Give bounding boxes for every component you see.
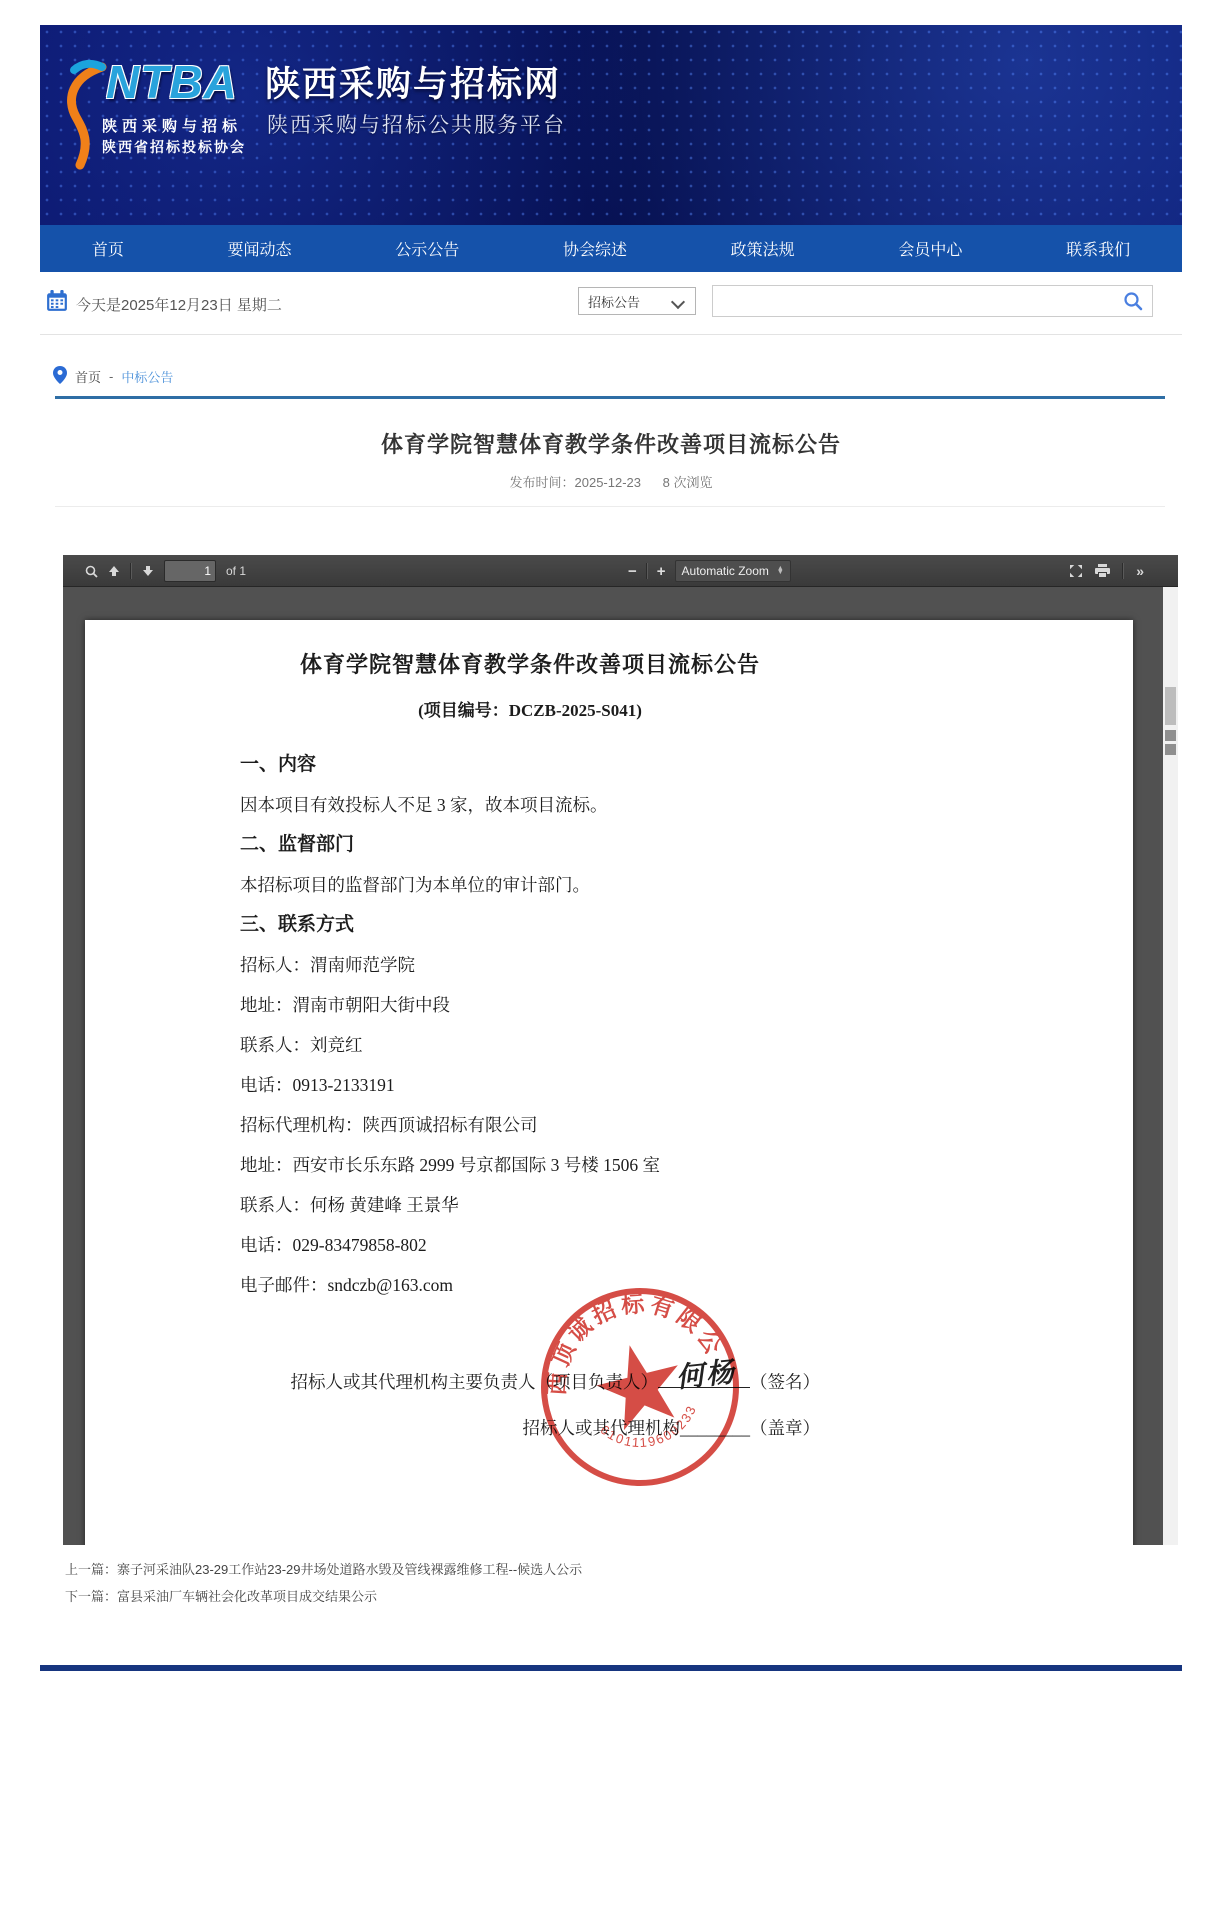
document-title: 体育学院智慧体育教学条件改善项目流标公告 <box>240 650 820 680</box>
site-title: 陕西采购与招标网 <box>265 57 561 107</box>
related-links: 上一篇：寨子河采油队23-29工作站23-29井场处道路水毁及管线裸露维修工程-… <box>65 1556 582 1610</box>
nav-item-association[interactable]: 协会综述 <box>563 237 627 260</box>
zoom-in-button[interactable]: + <box>657 563 666 580</box>
prev-article-row: 上一篇：寨子河采油队23-29工作站23-29井场处道路水毁及管线裸露维修工程-… <box>65 1556 582 1583</box>
logo-text-line1: 陕西采购与招标 <box>102 115 242 136</box>
zoom-out-button[interactable]: − <box>628 563 637 580</box>
scrollbar-button-down[interactable] <box>1165 744 1176 755</box>
doc-contact-line: 招标代理机构：陕西顶诚招标有限公司 <box>240 1105 820 1145</box>
page: NTBA 陕西采购与招标 陕西省招标投标协会 陕西采购与招标网 陕西采购与招标公… <box>0 0 1222 1918</box>
pdf-page: 体育学院智慧体育教学条件改善项目流标公告 (项目编号：DCZB-2025-S04… <box>85 620 1133 1545</box>
breadcrumb-divider <box>55 396 1165 399</box>
search-button[interactable] <box>1122 291 1144 313</box>
prev-article-label: 上一篇： <box>65 1562 117 1577</box>
pdf-toolbar-center: − + Automatic Zoom ▲▼ <box>628 555 791 587</box>
pdf-find-icon[interactable] <box>85 565 98 578</box>
toolbar-separator <box>646 563 648 579</box>
doc-contact-line: 电话：0913-2133191 <box>240 1065 820 1105</box>
scrollbar-thumb[interactable] <box>1165 687 1176 725</box>
pdf-body: 体育学院智慧体育教学条件改善项目流标公告 (项目编号：DCZB-2025-S04… <box>63 587 1163 1545</box>
toolbar-separator <box>1122 563 1124 579</box>
zoom-mode-value: Automatic Zoom <box>682 564 769 578</box>
breadcrumb: 首页 - 中标公告 <box>53 364 173 388</box>
location-pin-icon <box>53 366 67 387</box>
doc-contact-line: 联系人：何杨 黄建峰 王景华 <box>240 1185 820 1225</box>
breadcrumb-separator: - <box>109 369 113 384</box>
nav-item-contact[interactable]: 联系我们 <box>1066 237 1130 260</box>
site-subtitle: 陕西采购与招标公共服务平台 <box>267 109 566 139</box>
chevron-down-icon <box>671 295 685 309</box>
breadcrumb-current[interactable]: 中标公告 <box>121 367 173 386</box>
logo-acronym: NTBA <box>106 55 238 109</box>
search-icon <box>1123 299 1143 314</box>
pdf-page-down-icon[interactable] <box>142 565 154 577</box>
print-icon[interactable] <box>1095 564 1110 578</box>
presentation-mode-icon[interactable] <box>1069 564 1083 578</box>
view-count: 8 次浏览 <box>663 475 713 490</box>
pdf-page-count: of 1 <box>226 564 246 578</box>
prev-article-link[interactable]: 寨子河采油队23-29工作站23-29井场处道路水毁及管线裸露维修工程--候选人… <box>117 1562 582 1577</box>
svg-text:6101119600233: 6101119600233 <box>595 1399 706 1461</box>
nav-item-members[interactable]: 会员中心 <box>898 237 962 260</box>
doc-contact-line: 地址：渭南市朝阳大街中段 <box>240 985 820 1025</box>
calendar-icon <box>46 290 68 317</box>
doc-contact-line: 联系人：刘竞红 <box>240 1025 820 1065</box>
doc-section3-heading: 三、联系方式 <box>240 905 820 945</box>
doc-contact-line: 招标人：渭南师范学院 <box>240 945 820 985</box>
footer-divider-bar <box>40 1665 1182 1671</box>
doc-contact-line: 地址：西安市长乐东路 2999 号京都国际 3 号楼 1506 室 <box>240 1145 820 1185</box>
pdf-page-up-icon[interactable] <box>108 565 120 577</box>
category-select[interactable]: 招标公告 <box>578 287 696 315</box>
logo-text-line2: 陕西省招标投标协会 <box>102 137 246 157</box>
page-title: 体育学院智慧体育教学条件改善项目流标公告 <box>40 428 1182 459</box>
toolbar-separator <box>130 563 132 579</box>
doc-contact-line: 电话：029-83479858-802 <box>240 1225 820 1265</box>
zoom-mode-select[interactable]: Automatic Zoom ▲▼ <box>675 560 791 582</box>
nav-item-news[interactable]: 要闻动态 <box>228 237 292 260</box>
zoom-select-arrows-icon: ▲▼ <box>777 567 784 575</box>
pdf-viewer: of 1 − + Automatic Zoom ▲▼ <box>63 555 1178 1545</box>
next-article-row: 下一篇：富县采油厂车辆社会化改革项目成交结果公示 <box>65 1583 582 1610</box>
site-banner: NTBA 陕西采购与招标 陕西省招标投标协会 陕西采购与招标网 陕西采购与招标公… <box>40 25 1182 225</box>
pdf-page-number-input[interactable] <box>164 560 216 582</box>
doc-contact-line: 电子邮件：sndczb@163.com <box>240 1265 820 1305</box>
next-article-link[interactable]: 富县采油厂车辆社会化改革项目成交结果公示 <box>117 1589 377 1604</box>
today-date-text: 今天是2025年12月23日 星期二 <box>76 294 282 315</box>
toolbar-overflow-button[interactable]: » <box>1136 563 1144 579</box>
doc-section2-body: 本招标项目的监督部门为本单位的审计部门。 <box>240 865 820 905</box>
category-select-value: 招标公告 <box>588 292 640 311</box>
pdf-toolbar-left: of 1 <box>85 555 246 587</box>
publish-time: 发布时间：2025-12-23 <box>510 475 642 490</box>
nav-item-announcements[interactable]: 公示公告 <box>395 237 459 260</box>
nav-item-policy[interactable]: 政策法规 <box>731 237 795 260</box>
document-project-number: (项目编号：DCZB-2025-S041) <box>240 696 820 721</box>
meta-row: 今天是2025年12月23日 星期二 招标公告 <box>40 274 1182 335</box>
signature-line1-suffix: （签名） <box>750 1372 820 1392</box>
main-nav: 首页 要闻动态 公示公告 协会综述 政策法规 会员中心 联系我们 <box>40 225 1182 272</box>
breadcrumb-home[interactable]: 首页 <box>75 367 101 386</box>
doc-section2-heading: 二、监督部门 <box>240 825 820 865</box>
seal-number-text: 6101119600233 <box>595 1399 706 1461</box>
next-article-label: 下一篇： <box>65 1589 117 1604</box>
article-meta: 发布时间：2025-12-23 8 次浏览 <box>40 472 1182 491</box>
pdf-toolbar: of 1 − + Automatic Zoom ▲▼ <box>63 555 1178 587</box>
scrollbar-button-up[interactable] <box>1165 730 1176 741</box>
pdf-scrollbar-track[interactable] <box>1163 587 1178 1545</box>
doc-section1-heading: 一、内容 <box>240 745 820 785</box>
article-divider <box>55 506 1165 507</box>
nav-item-home[interactable]: 首页 <box>92 237 124 260</box>
doc-section1-body: 因本项目有效投标人不足 3 家，故本项目流标。 <box>240 785 820 825</box>
search-input[interactable] <box>719 288 1113 314</box>
site-logo[interactable]: NTBA 陕西采购与招标 陕西省招标投标协会 <box>58 53 288 183</box>
search-box <box>712 285 1153 317</box>
pdf-toolbar-right: » <box>1069 555 1144 587</box>
